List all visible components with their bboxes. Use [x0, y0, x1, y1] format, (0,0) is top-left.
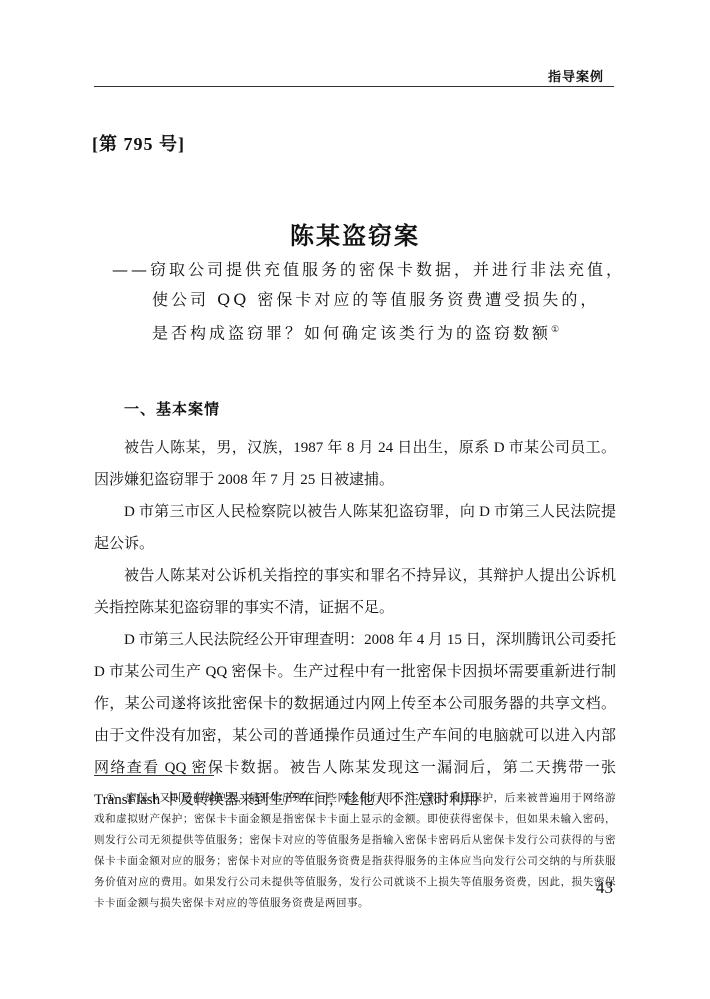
header-rule [94, 86, 614, 87]
paragraph: 被告人陈某，男，汉族，1987 年 8 月 24 日出生，原系 D 市某公司员工… [94, 432, 616, 496]
footnote-text: 密保卡又叫密码保护卡，最开始出现在一些网上银行用于个人银行信息保护，后来被普遍用… [94, 792, 616, 909]
subtitle-line-text: 是否构成盗窃罪？如何确定该类行为的盗窃数额 [152, 323, 551, 342]
footnote-mark: ① [106, 788, 116, 809]
paragraph: D 市第三市区人民检察院以被告人陈某犯盗窃罪，向 D 市第三人民法院提起公诉。 [94, 496, 616, 560]
case-subtitle: ——窃取公司提供充值服务的密保卡数据，并进行非法充值， 使公司 QQ 密保卡对应… [112, 255, 625, 348]
paragraph: 被告人陈某对公诉机关指控的事实和罪名不持异议，其辩护人提出公诉机关指控陈某犯盗窃… [94, 560, 616, 624]
body-text: 被告人陈某，男，汉族，1987 年 8 月 24 日出生，原系 D 市某公司员工… [94, 432, 616, 816]
subtitle-line: ——窃取公司提供充值服务的密保卡数据，并进行非法充值， [112, 255, 625, 285]
section-heading: 一、基本案情 [124, 398, 220, 419]
case-number: [第 795 号] [92, 130, 185, 156]
case-title: 陈某盗窃案 [0, 216, 710, 251]
page-number: 43 [596, 878, 613, 898]
running-head: 指导案例 [548, 66, 604, 85]
footnote-reference[interactable]: ① [551, 325, 559, 335]
footnote: ①密保卡又叫密码保护卡，最开始出现在一些网上银行用于个人银行信息保护，后来被普遍… [94, 788, 616, 914]
footnote-rule [94, 775, 214, 776]
subtitle-line: 是否构成盗窃罪？如何确定该类行为的盗窃数额① [112, 315, 625, 348]
subtitle-line: 使公司 QQ 密保卡对应的等值服务资费遭受损失的， [112, 285, 625, 315]
